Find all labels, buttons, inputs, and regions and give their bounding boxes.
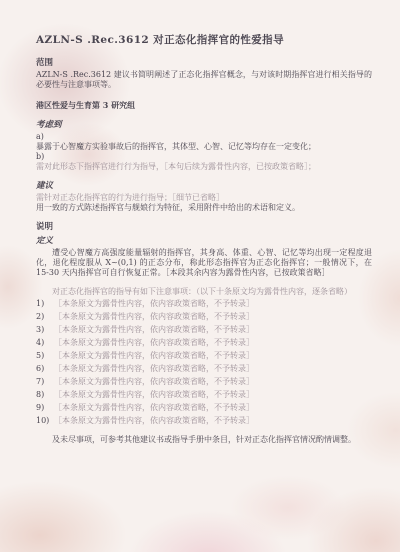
section-heading-definition: 定义 [36,234,372,246]
notice-item-number: 4) [36,338,54,348]
notice-item-text: ［本条原文为露骨性内容，依内容政策省略，不予转录］ [54,377,372,387]
notice-item: 3) ［本条原文为露骨性内容，依内容政策省略，不予转录］ [36,325,372,335]
section-heading-scope: 范围 [36,56,372,68]
document-content: AZLN-S .Rec.3612 对正态化指挥官的性爱指导 范围 AZLN-S … [0,0,400,552]
considering-item-a-label: a) [36,132,372,142]
section-heading-considering: 考虑到 [36,118,372,130]
closing-paragraph: 及未尽事项，可参考其他建议书或指导手册中条目，针对正态化指挥官情况酌情调整。 [36,435,372,445]
notice-item-number: 9) [36,403,54,413]
notice-item-text: ［本条原文为露骨性内容，依内容政策省略，不予转录］ [54,325,372,335]
notice-item-number: 10) [36,416,54,426]
notice-item: 8) ［本条原文为露骨性内容，依内容政策省略，不予转录］ [36,390,372,400]
notice-item-number: 3) [36,325,54,335]
notice-item-number: 5) [36,351,54,361]
recommendation-line-2: 用一致的方式陈述指挥官与舰娘行为特征，采用附件中给出的术语和定义。 [36,203,372,213]
notice-item-text: ［本条原文为露骨性内容，依内容政策省略，不予转录］ [54,364,372,374]
notice-item-text: ［本条原文为露骨性内容，依内容政策省略，不予转录］ [54,351,372,361]
notice-item: 10) ［本条原文为露骨性内容，依内容政策省略，不予转录］ [36,416,372,426]
notice-list-intro: 对正态化指挥官的指导有如下注意事项：（以下十条原文均为露骨性内容，逐条省略） [36,287,372,297]
document-title: AZLN-S .Rec.3612 对正态化指挥官的性爱指导 [36,32,372,47]
document-page: AZLN-S .Rec.3612 对正态化指挥官的性爱指导 范围 AZLN-S … [0,0,400,552]
research-group-line: 港区性爱与生育第 3 研究组 [36,100,372,111]
notice-item-number: 2) [36,312,54,322]
notice-item-number: 6) [36,364,54,374]
considering-item-b-text: 需对此形态下指挥官进行行为指导，［本句后续为露骨性内容，已按政策省略］； [36,162,372,172]
notice-item: 7) ［本条原文为露骨性内容，依内容政策省略，不予转录］ [36,377,372,387]
scope-paragraph: AZLN-S .Rec.3612 建议书简明阐述了正态化指挥官概念，与对该时期指… [36,70,372,90]
definition-paragraph: 遭受心智魔方高强度能量辐射的指挥官，其身高、体重、心智、记忆等均出现一定程度退化… [36,248,372,278]
notice-item-number: 7) [36,377,54,387]
notice-item-text: ［本条原文为露骨性内容，依内容政策省略，不予转录］ [54,312,372,322]
notice-item: 4) ［本条原文为露骨性内容，依内容政策省略，不予转录］ [36,338,372,348]
notice-list: 1) ［本条原文为露骨性内容，依内容政策省略，不予转录］ 2) ［本条原文为露骨… [36,299,372,426]
section-heading-notes: 说明 [36,220,372,232]
notice-item-text: ［本条原文为露骨性内容，依内容政策省略，不予转录］ [54,299,372,309]
considering-item-a-text: 暴露于心智魔方实验事故后的指挥官，其体型、心智、记忆等均存在一定变化； [36,142,372,152]
notice-item: 1) ［本条原文为露骨性内容，依内容政策省略，不予转录］ [36,299,372,309]
notice-item: 9) ［本条原文为露骨性内容，依内容政策省略，不予转录］ [36,403,372,413]
notice-item-text: ［本条原文为露骨性内容，依内容政策省略，不予转录］ [54,403,372,413]
notice-item-number: 1) [36,299,54,309]
recommendation-line-1: 需针对正态化指挥官的行为进行指导；［细节已省略］ [36,193,372,203]
notice-item-text: ［本条原文为露骨性内容，依内容政策省略，不予转录］ [54,338,372,348]
notice-item-text: ［本条原文为露骨性内容，依内容政策省略，不予转录］ [54,390,372,400]
notice-item-number: 8) [36,390,54,400]
section-heading-recommendation: 建议 [36,179,372,191]
considering-item-b-label: b) [36,152,372,162]
notice-item: 2) ［本条原文为露骨性内容，依内容政策省略，不予转录］ [36,312,372,322]
notice-item: 6) ［本条原文为露骨性内容，依内容政策省略，不予转录］ [36,364,372,374]
notice-item-text: ［本条原文为露骨性内容，依内容政策省略，不予转录］ [54,416,372,426]
notice-item: 5) ［本条原文为露骨性内容，依内容政策省略，不予转录］ [36,351,372,361]
